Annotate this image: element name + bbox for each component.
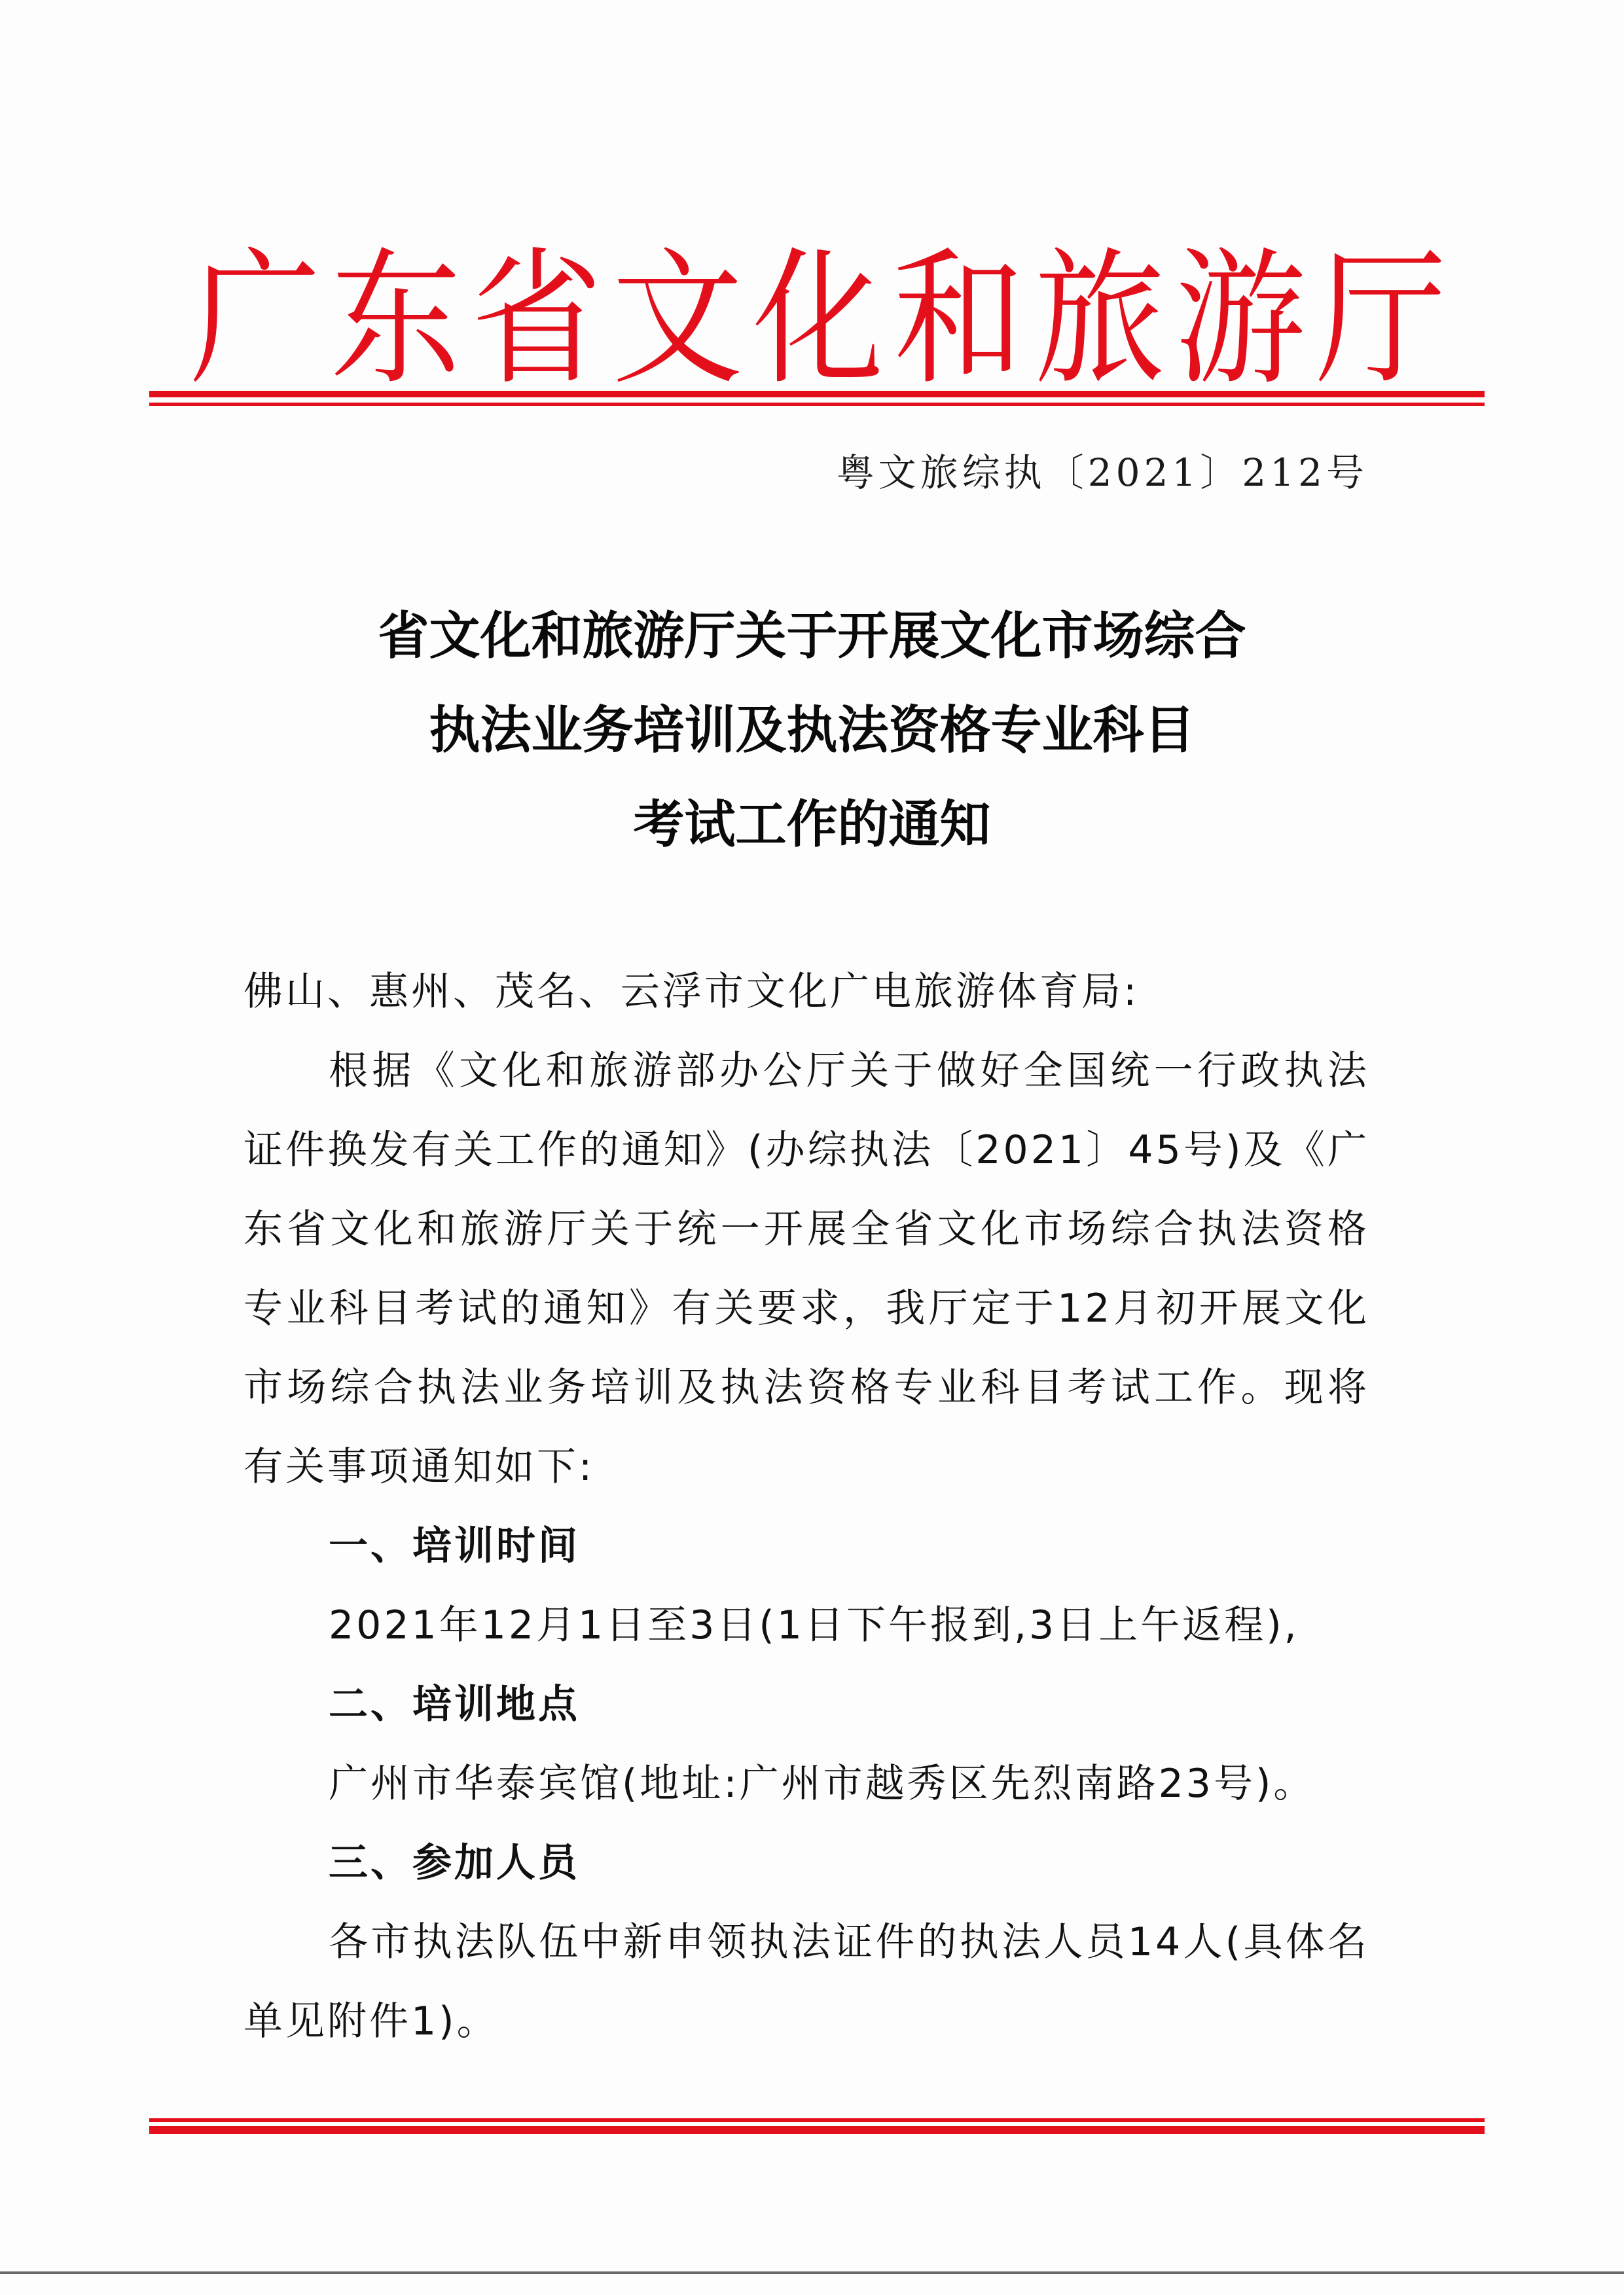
issuing-authority-masthead: 广 东 省 文 化 和 旅 游 厅	[190, 236, 1447, 405]
masthead-char: 广	[190, 236, 321, 405]
masthead-char: 游	[1175, 236, 1306, 405]
document-title: 省文化和旅游厅关于开展文化市场综合 执法业务培训及执法资格专业科目 考试工作的通…	[0, 589, 1624, 872]
title-line: 考试工作的通知	[0, 778, 1624, 872]
masthead-char: 厅	[1316, 236, 1447, 405]
document-body: 佛山、惠州、茂名、云浮市文化广电旅游体育局: 根据《文化和旅游部办公厅关于做好全…	[244, 952, 1369, 2061]
masthead-red-rule-thin	[149, 403, 1485, 406]
masthead-char: 旅	[1034, 236, 1165, 405]
footer-red-rule-thin	[149, 2118, 1485, 2122]
section-text-participants: 各市执法队伍中新申领执法证件的执法人员14人(具体名单见附件1)。	[244, 1903, 1369, 2061]
masthead-char: 东	[331, 236, 461, 405]
scan-edge-line	[0, 2271, 1624, 2274]
document-number: 粤文旅综执〔2021〕212号	[785, 442, 1368, 497]
section-heading-training-location: 二、培训地点	[244, 1665, 1369, 1744]
section-heading-training-time: 一、培训时间	[244, 1507, 1369, 1586]
masthead-red-rule-thick	[149, 391, 1485, 397]
masthead-char: 和	[893, 236, 1024, 405]
section-text-training-location: 广州市华泰宾馆(地址:广州市越秀区先烈南路23号)。	[244, 1744, 1369, 1824]
masthead-char: 省	[471, 236, 602, 405]
document-page: 广 东 省 文 化 和 旅 游 厅 粤文旅综执〔2021〕212号 省文化和旅游…	[0, 0, 1624, 2295]
masthead-char: 化	[753, 236, 884, 405]
footer-red-rule-thick	[149, 2126, 1485, 2134]
masthead-char: 文	[612, 236, 743, 405]
section-text-training-time: 2021年12月1日至3日(1日下午报到,3日上午返程),	[244, 1586, 1369, 1665]
section-heading-participants: 三、参加人员	[244, 1824, 1369, 1903]
title-line: 省文化和旅游厅关于开展文化市场综合	[0, 589, 1624, 683]
recipients-line: 佛山、惠州、茂名、云浮市文化广电旅游体育局:	[244, 952, 1369, 1032]
intro-paragraph: 根据《文化和旅游部办公厅关于做好全国统一行政执法证件换发有关工作的通知》(办综执…	[244, 1032, 1369, 1507]
title-line: 执法业务培训及执法资格专业科目	[0, 683, 1624, 778]
